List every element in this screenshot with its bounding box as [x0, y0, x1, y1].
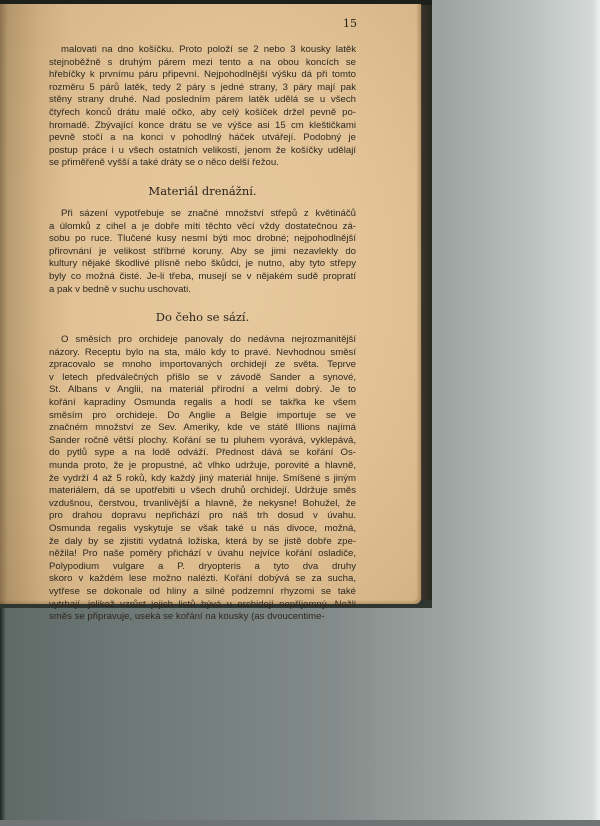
- text-line: materiálem, dá se upotřebiti u všech dru…: [49, 485, 356, 498]
- text-line: St. Albans v Anglii, na materiál přírodn…: [49, 384, 356, 397]
- text-line: stejnoběžně s druhým párem mezi tento a …: [49, 57, 356, 70]
- text-line: hřebíčky k prvnímu páru připevní. Nejpoh…: [49, 69, 356, 82]
- text-line: a úlomků z cihel a je dobře míti těchto …: [49, 221, 356, 234]
- text-line: hromadě. Zbývající konce drátu se ve výš…: [49, 120, 356, 133]
- text-line: vytřese se dokonale od hliny a silné pod…: [49, 586, 356, 599]
- text-line: pevně stočí a na konci v pohodlný háček …: [49, 132, 356, 145]
- text-line: kultury nějaké škodlivé plísně nebo škůd…: [49, 258, 356, 271]
- text-line: pro drahou dopravu nepřichází pro náš tr…: [49, 510, 356, 523]
- text-line: směsím pro orchideje. Do Anglie a Belgie…: [49, 410, 356, 423]
- text-line: Při sázení vypotřebuje se značné množstv…: [49, 208, 356, 221]
- text-line: čtyřech konců drátu malé očko, aby celý …: [49, 107, 356, 120]
- text-line: přirovnání je velikost stříbrné koruny. …: [49, 246, 356, 259]
- page-number: 15: [337, 17, 357, 30]
- spacer: [49, 201, 356, 208]
- text-line: se přiměřeně vyšší a také dráty se o něc…: [49, 157, 356, 170]
- text-line: že vydrží 4 až 5 roků, kdy každý jiný ma…: [49, 473, 356, 486]
- text-line: a pak v bedně v suchu uschovati.: [49, 284, 356, 297]
- text-line: malovati na dno košíčku. Proto položí se…: [49, 44, 356, 57]
- page-text-body: malovati na dno košíčku. Proto položí se…: [49, 44, 356, 624]
- text-line: zpracovalo se mnoho importovaných orchid…: [49, 359, 356, 372]
- text-line: byly co možná čisté. Je-li třeba, musejí…: [49, 271, 356, 284]
- text-line: Osmunda regalis vyskytuje se však také u…: [49, 523, 356, 536]
- scanner-bottom-edge: [0, 820, 600, 826]
- text-line: munda proto, že je propustné, ač vlhko u…: [49, 460, 356, 473]
- text-line: názory. Receptu bylo na sta, málo kdy to…: [49, 347, 356, 360]
- text-line: značném množství ze Sev. Ameriky, kde ve…: [49, 422, 356, 435]
- text-line: Polypodium vulgare a P. dryopteris a tyt…: [49, 561, 356, 574]
- text-line: stěny strany druhé. Nad posledním párem …: [49, 94, 356, 107]
- spacer: [49, 296, 356, 307]
- section-heading: Do čeho se sází.: [49, 307, 356, 327]
- text-line: že daly by se zjistiti vydatná ložiska, …: [49, 536, 356, 549]
- text-line: postup práce i u všech ostatních velikos…: [49, 145, 356, 158]
- text-line: kořání kapradiny Osmunda regalis a hodí …: [49, 397, 356, 410]
- text-line: v letech předválečných přišlo se v závod…: [49, 372, 356, 385]
- text-line: Sander ročně větší plochy. Kořání se tu …: [49, 435, 356, 448]
- text-line: směs se připravuje, useká se kořání na k…: [49, 611, 356, 624]
- text-line: skoro v každém lese možno nalézti. Kořán…: [49, 573, 356, 586]
- book-page: 15 malovati na dno košíčku. Proto položí…: [0, 4, 421, 604]
- text-line: O směsích pro orchideje panovaly do nedá…: [49, 334, 356, 347]
- spacer: [49, 170, 356, 181]
- text-line: rozměru 5 párů latěk, tedy 2 páry s jedn…: [49, 82, 356, 95]
- text-line: vytrhají, jelikož vzrůst jejich listů bý…: [49, 599, 356, 612]
- text-line: do pytlů sype a na lodě odváží. Přednost…: [49, 447, 356, 460]
- text-line: vzdušnou, čerstvou, trvanlivější a hlavn…: [49, 498, 356, 511]
- text-line: něžila! Pro naše poměry přichází v úvahu…: [49, 548, 356, 561]
- section-heading: Materiál drenážní.: [49, 181, 356, 201]
- spacer: [49, 327, 356, 334]
- text-line: sobu po ruce. Tlučené kusy nesmí býti mo…: [49, 233, 356, 246]
